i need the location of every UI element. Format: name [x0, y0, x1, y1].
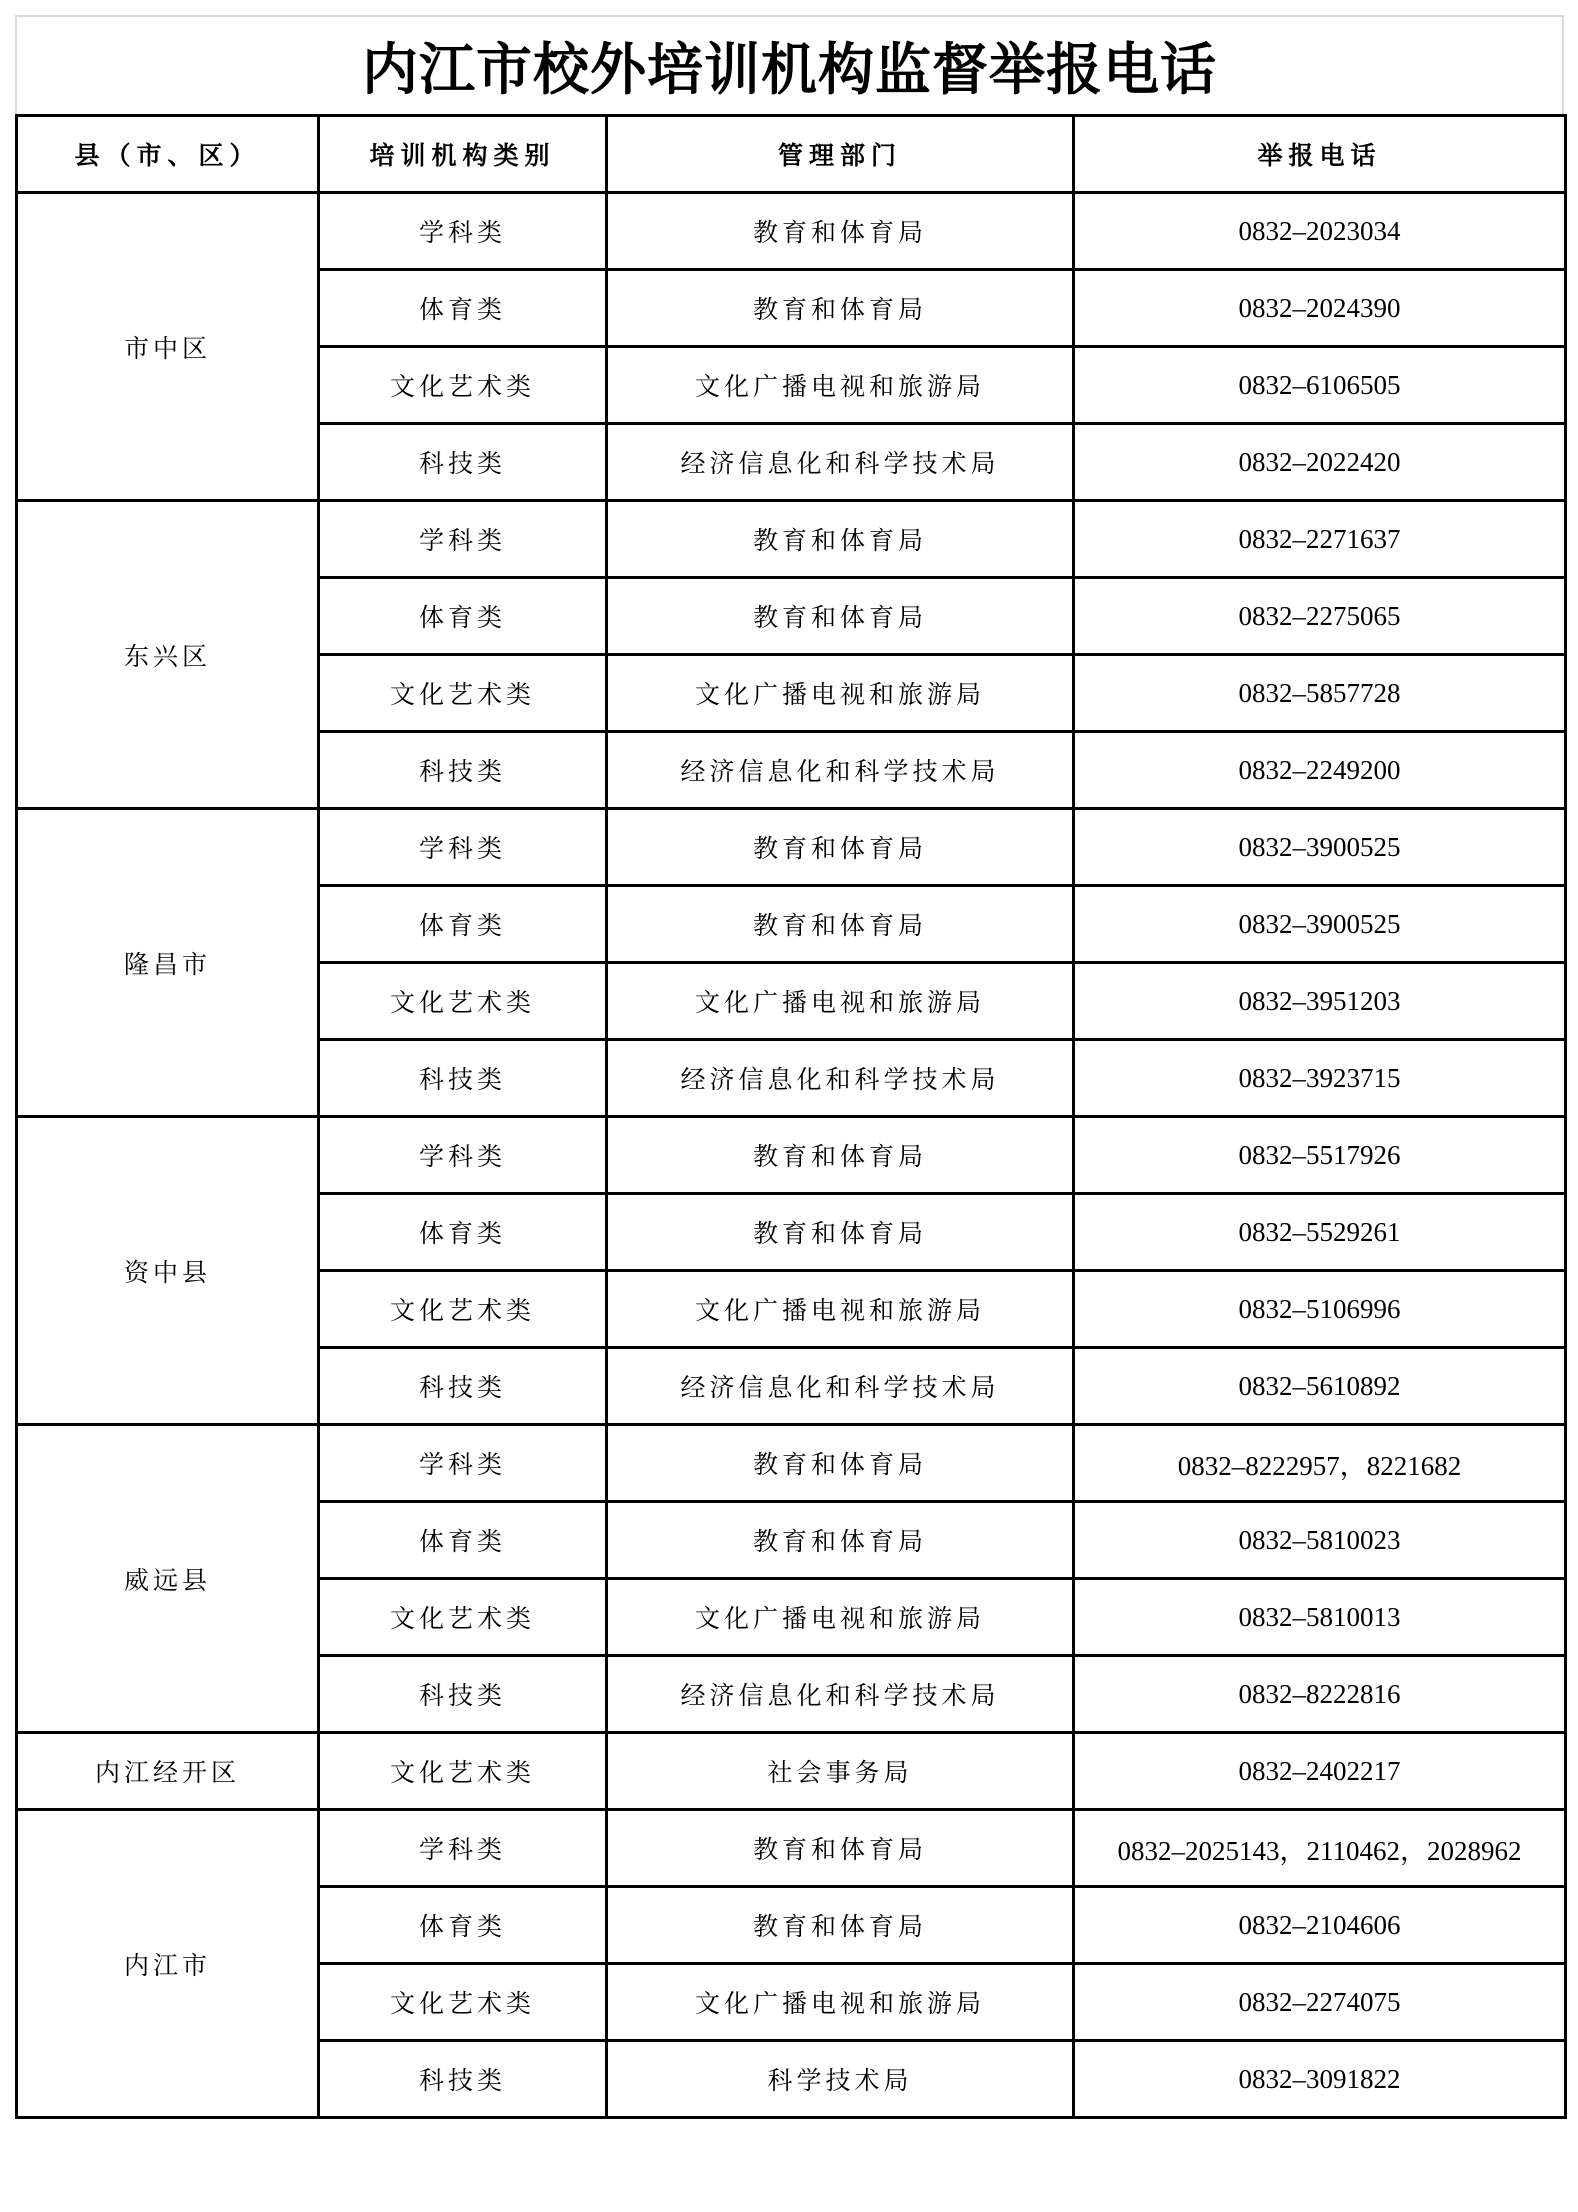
document-sheet: 内江市校外培训机构监督举报电话 县（市、区） 培训机构类别 管理部门 举报电话 … — [15, 15, 1564, 2119]
category-cell: 体育类 — [319, 1502, 607, 1579]
category-cell: 文化艺术类 — [319, 1733, 607, 1810]
phone-cell: 0832–5610892 — [1074, 1348, 1566, 1425]
department-cell: 教育和体育局 — [607, 1425, 1074, 1502]
table-row: 内江市学科类教育和体育局0832–2025143，2110462，2028962 — [17, 1810, 1566, 1887]
category-cell: 学科类 — [319, 809, 607, 886]
phone-cell: 0832–2022420 — [1074, 424, 1566, 501]
phone-cell: 0832–3091822 — [1074, 2041, 1566, 2118]
table-row: 东兴区学科类教育和体育局0832–2271637 — [17, 501, 1566, 578]
header-department: 管理部门 — [607, 116, 1074, 193]
district-cell: 资中县 — [17, 1117, 319, 1425]
category-cell: 学科类 — [319, 1117, 607, 1194]
header-category: 培训机构类别 — [319, 116, 607, 193]
table-body: 市中区学科类教育和体育局0832–2023034体育类教育和体育局0832–20… — [17, 193, 1566, 2118]
phone-cell: 0832–2023034 — [1074, 193, 1566, 270]
page-title: 内江市校外培训机构监督举报电话 — [362, 26, 1217, 106]
department-cell: 社会事务局 — [607, 1733, 1074, 1810]
department-cell: 经济信息化和科学技术局 — [607, 424, 1074, 501]
department-cell: 科学技术局 — [607, 2041, 1074, 2118]
phone-cell: 0832–3923715 — [1074, 1040, 1566, 1117]
category-cell: 科技类 — [319, 1656, 607, 1733]
phone-cell: 0832–2024390 — [1074, 270, 1566, 347]
phone-cell: 0832–5810013 — [1074, 1579, 1566, 1656]
phone-cell: 0832–2104606 — [1074, 1887, 1566, 1964]
department-cell: 经济信息化和科学技术局 — [607, 1040, 1074, 1117]
district-cell: 内江经开区 — [17, 1733, 319, 1810]
hotline-table: 县（市、区） 培训机构类别 管理部门 举报电话 市中区学科类教育和体育局0832… — [15, 114, 1567, 2119]
district-cell: 隆昌市 — [17, 809, 319, 1117]
header-phone: 举报电话 — [1074, 116, 1566, 193]
category-cell: 学科类 — [319, 1810, 607, 1887]
phone-cell: 0832–5106996 — [1074, 1271, 1566, 1348]
title-box: 内江市校外培训机构监督举报电话 — [15, 15, 1564, 114]
category-cell: 文化艺术类 — [319, 1964, 607, 2041]
phone-cell: 0832–6106505 — [1074, 347, 1566, 424]
table-row: 市中区学科类教育和体育局0832–2023034 — [17, 193, 1566, 270]
table-row: 威远县学科类教育和体育局0832–8222957，8221682 — [17, 1425, 1566, 1502]
department-cell: 教育和体育局 — [607, 501, 1074, 578]
category-cell: 文化艺术类 — [319, 963, 607, 1040]
category-cell: 科技类 — [319, 732, 607, 809]
phone-cell: 0832–2274075 — [1074, 1964, 1566, 2041]
district-cell: 内江市 — [17, 1810, 319, 2118]
category-cell: 文化艺术类 — [319, 347, 607, 424]
phone-cell: 0832–2275065 — [1074, 578, 1566, 655]
category-cell: 体育类 — [319, 1887, 607, 1964]
category-cell: 文化艺术类 — [319, 655, 607, 732]
category-cell: 科技类 — [319, 2041, 607, 2118]
department-cell: 教育和体育局 — [607, 1502, 1074, 1579]
department-cell: 教育和体育局 — [607, 809, 1074, 886]
department-cell: 教育和体育局 — [607, 1887, 1074, 1964]
category-cell: 学科类 — [319, 501, 607, 578]
department-cell: 教育和体育局 — [607, 1194, 1074, 1271]
category-cell: 学科类 — [319, 1425, 607, 1502]
category-cell: 科技类 — [319, 1040, 607, 1117]
header-row: 县（市、区） 培训机构类别 管理部门 举报电话 — [17, 116, 1566, 193]
phone-cell: 0832–3900525 — [1074, 886, 1566, 963]
table-row: 隆昌市学科类教育和体育局0832–3900525 — [17, 809, 1566, 886]
category-cell: 科技类 — [319, 424, 607, 501]
phone-cell: 0832–2402217 — [1074, 1733, 1566, 1810]
department-cell: 教育和体育局 — [607, 1117, 1074, 1194]
phone-cell: 0832–2271637 — [1074, 501, 1566, 578]
category-cell: 文化艺术类 — [319, 1579, 607, 1656]
department-cell: 教育和体育局 — [607, 1810, 1074, 1887]
category-cell: 体育类 — [319, 578, 607, 655]
category-cell: 学科类 — [319, 193, 607, 270]
department-cell: 教育和体育局 — [607, 270, 1074, 347]
table-row: 资中县学科类教育和体育局0832–5517926 — [17, 1117, 1566, 1194]
category-cell: 文化艺术类 — [319, 1271, 607, 1348]
phone-cell: 0832–3900525 — [1074, 809, 1566, 886]
category-cell: 体育类 — [319, 886, 607, 963]
department-cell: 文化广播电视和旅游局 — [607, 1579, 1074, 1656]
phone-cell: 0832–5857728 — [1074, 655, 1566, 732]
district-cell: 东兴区 — [17, 501, 319, 809]
department-cell: 文化广播电视和旅游局 — [607, 347, 1074, 424]
department-cell: 文化广播电视和旅游局 — [607, 1964, 1074, 2041]
category-cell: 体育类 — [319, 1194, 607, 1271]
category-cell: 体育类 — [319, 270, 607, 347]
department-cell: 经济信息化和科学技术局 — [607, 732, 1074, 809]
district-cell: 威远县 — [17, 1425, 319, 1733]
phone-cell: 0832–3951203 — [1074, 963, 1566, 1040]
department-cell: 文化广播电视和旅游局 — [607, 963, 1074, 1040]
phone-cell: 0832–8222957，8221682 — [1074, 1425, 1566, 1502]
district-cell: 市中区 — [17, 193, 319, 501]
department-cell: 教育和体育局 — [607, 886, 1074, 963]
category-cell: 科技类 — [319, 1348, 607, 1425]
phone-cell: 0832–8222816 — [1074, 1656, 1566, 1733]
department-cell: 文化广播电视和旅游局 — [607, 655, 1074, 732]
department-cell: 教育和体育局 — [607, 578, 1074, 655]
phone-cell: 0832–2249200 — [1074, 732, 1566, 809]
department-cell: 经济信息化和科学技术局 — [607, 1656, 1074, 1733]
header-district: 县（市、区） — [17, 116, 319, 193]
table-row: 内江经开区文化艺术类社会事务局0832–2402217 — [17, 1733, 1566, 1810]
phone-cell: 0832–5529261 — [1074, 1194, 1566, 1271]
department-cell: 文化广播电视和旅游局 — [607, 1271, 1074, 1348]
phone-cell: 0832–2025143，2110462，2028962 — [1074, 1810, 1566, 1887]
department-cell: 教育和体育局 — [607, 193, 1074, 270]
phone-cell: 0832–5810023 — [1074, 1502, 1566, 1579]
phone-cell: 0832–5517926 — [1074, 1117, 1566, 1194]
department-cell: 经济信息化和科学技术局 — [607, 1348, 1074, 1425]
